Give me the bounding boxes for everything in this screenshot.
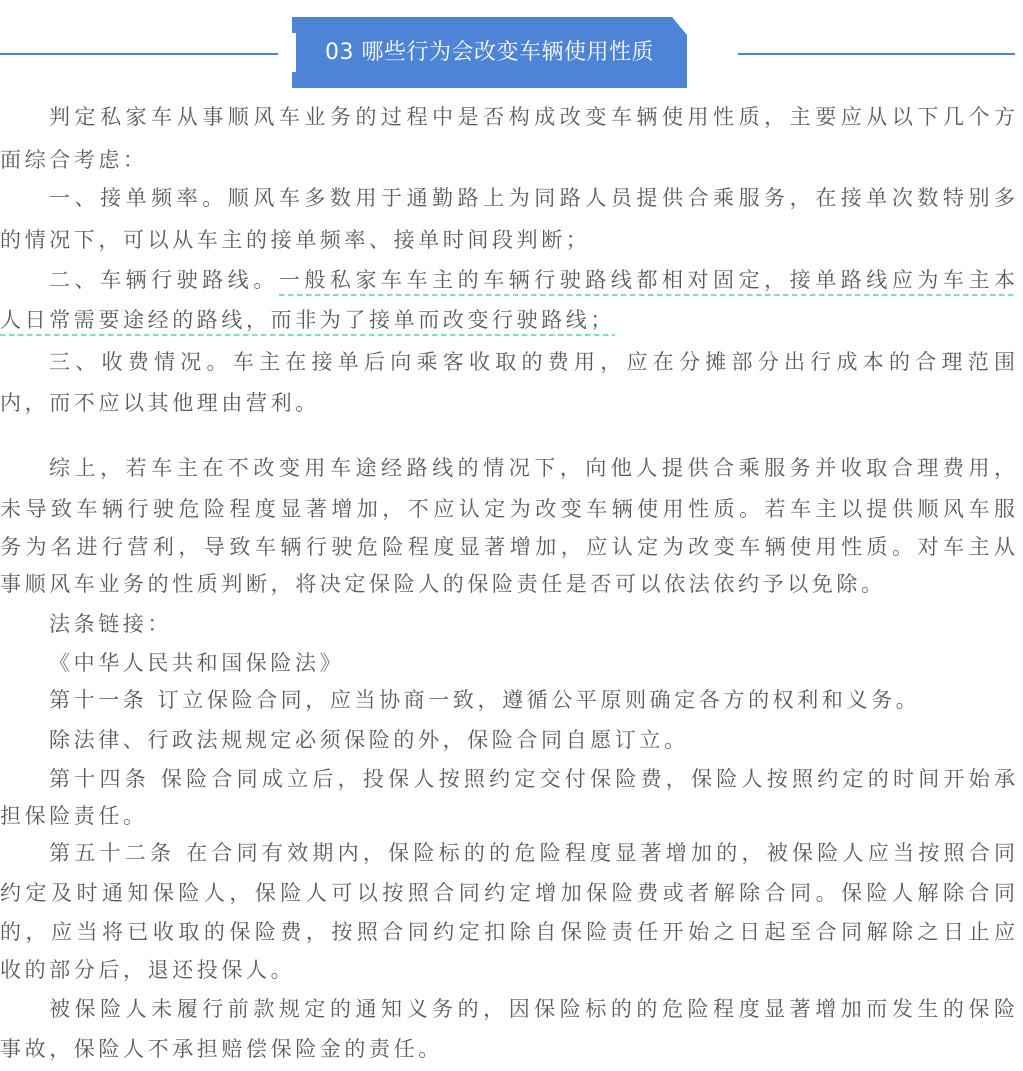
- text-segment: 务为名进行营利，导致车辆行驶危险程度显著增加，应认定为改变车辆使用性质。对车主从: [0, 535, 1015, 559]
- text-line: 除法律、行政法规规定必须保险的外，保险合同自愿订立。: [0, 725, 1015, 755]
- text-segment: 判定私家车从事顺风车业务的过程中是否构成改变车辆使用性质，主要应从以下几个方: [49, 105, 1015, 129]
- text-line: 收的部分后，退还投保人。: [0, 955, 1015, 985]
- text-segment: 除法律、行政法规规定必须保险的外，保险合同自愿订立。: [49, 728, 689, 752]
- text-line: 第十四条 保险合同成立后，投保人按照约定交付保险费，保险人按照约定的时间开始承: [0, 764, 1015, 794]
- text-line: 被保险人未履行前款规定的通知义务的，因保险标的的危险程度显著增加而发生的保险: [0, 994, 1015, 1024]
- text-segment: 二、车辆行驶路线。: [49, 268, 279, 292]
- text-segment: 未导致车辆行驶危险程度显著增加，不应认定为改变车辆使用性质。若车主以提供顺风车服: [0, 497, 1015, 521]
- text-segment: 担保险责任。: [0, 804, 148, 828]
- text-line: 的情况下，可以从车主的接单频率、接单时间段判断；: [0, 225, 1015, 255]
- text-segment: 第十四条 保险合同成立后，投保人按照约定交付保险费，保险人按照约定的时间开始承: [49, 767, 1015, 791]
- text-segment: 被保险人未履行前款规定的通知义务的，因保险标的的危险程度显著增加而发生的保险: [49, 997, 1015, 1021]
- text-segment: 的情况下，可以从车主的接单频率、接单时间段判断；: [0, 228, 590, 252]
- text-line: 法条链接：: [0, 609, 1015, 639]
- text-line: 二、车辆行驶路线。一般私家车车主的车辆行驶路线都相对固定，接单路线应为车主本: [0, 265, 1015, 295]
- text-segment: 的，应当将已收取的保险费，按照合同约定扣除自保险责任开始之日起至合同解除之日止应: [0, 920, 1015, 944]
- text-segment: 事顺风车业务的性质判断，将决定保险人的保险责任是否可以依法依约予以免除。: [0, 572, 886, 596]
- text-segment: 事故，保险人不承担赔偿保险金的责任。: [0, 1037, 443, 1061]
- text-line: 《中华人民共和国保险法》: [0, 648, 1015, 678]
- section-title: 03 哪些行为会改变车辆使用性质: [292, 17, 687, 88]
- text-line: 判定私家车从事顺风车业务的过程中是否构成改变车辆使用性质，主要应从以下几个方: [0, 102, 1015, 132]
- text-segment: 第五十二条 在合同有效期内，保险标的的危险程度显著增加的，被保险人应当按照合同: [49, 841, 1015, 865]
- text-line: 三、收费情况。车主在接单后向乘客收取的费用，应在分摊部分出行成本的合理范围: [0, 347, 1015, 377]
- text-line: 内，而不应以其他理由营利。: [0, 388, 1015, 418]
- text-line: 第五十二条 在合同有效期内，保险标的的危险程度显著增加的，被保险人应当按照合同: [0, 838, 1015, 868]
- text-segment: 第十一条 订立保险合同，应当协商一致，遵循公平原则确定各方的权利和义务。: [49, 688, 920, 712]
- text-line: 第十一条 订立保险合同，应当协商一致，遵循公平原则确定各方的权利和义务。: [0, 685, 1015, 715]
- text-segment: 收的部分后，退还投保人。: [0, 958, 295, 982]
- left-divider-line: [0, 53, 278, 55]
- text-line: 一、接单频率。顺风车多数用于通勤路上为同路人员提供合乘服务，在接单次数特别多: [0, 183, 1015, 213]
- text-line: 综上，若车主在不改变用车途经路线的情况下，向他人提供合乘服务并收取合理费用，: [0, 453, 1015, 483]
- right-divider-line: [738, 53, 1015, 55]
- text-line: 事顺风车业务的性质判断，将决定保险人的保险责任是否可以依法依约予以免除。: [0, 569, 1015, 599]
- text-line: 人日常需要途经的路线，而非为了接单而改变行驶路线；: [0, 305, 1015, 335]
- text-segment: 约定及时通知保险人，保险人可以按照合同约定增加保险费或者解除合同。保险人解除合同: [0, 881, 1015, 905]
- text-segment: 三、收费情况。车主在接单后向乘客收取的费用，应在分摊部分出行成本的合理范围: [49, 350, 1015, 374]
- dashed-underline-text: 一般私家车车主的车辆行驶路线都相对固定，接单路线应为车主本: [279, 268, 1015, 296]
- text-line: 的，应当将已收取的保险费，按照合同约定扣除自保险责任开始之日起至合同解除之日止应: [0, 917, 1015, 947]
- text-line: 担保险责任。: [0, 801, 1015, 831]
- text-line: 面综合考虑：: [0, 145, 1015, 175]
- text-segment: 法条链接：: [49, 612, 172, 636]
- text-segment: 《中华人民共和国保险法》: [49, 651, 344, 675]
- text-line: 未导致车辆行驶危险程度显著增加，不应认定为改变车辆使用性质。若车主以提供顺风车服: [0, 494, 1015, 524]
- text-line: 务为名进行营利，导致车辆行驶危险程度显著增加，应认定为改变车辆使用性质。对车主从: [0, 532, 1015, 562]
- text-segment: 面综合考虑：: [0, 148, 148, 172]
- dashed-underline-text: 人日常需要途经的路线，而非为了接单而改变行驶路线；: [0, 308, 615, 336]
- text-line: 事故，保险人不承担赔偿保险金的责任。: [0, 1034, 1015, 1064]
- text-line: 约定及时通知保险人，保险人可以按照合同约定增加保险费或者解除合同。保险人解除合同: [0, 878, 1015, 908]
- text-segment: 综上，若车主在不改变用车途经路线的情况下，向他人提供合乘服务并收取合理费用，: [49, 456, 1015, 480]
- text-segment: 一、接单频率。顺风车多数用于通勤路上为同路人员提供合乘服务，在接单次数特别多: [49, 186, 1015, 210]
- text-segment: 内，而不应以其他理由营利。: [0, 391, 320, 415]
